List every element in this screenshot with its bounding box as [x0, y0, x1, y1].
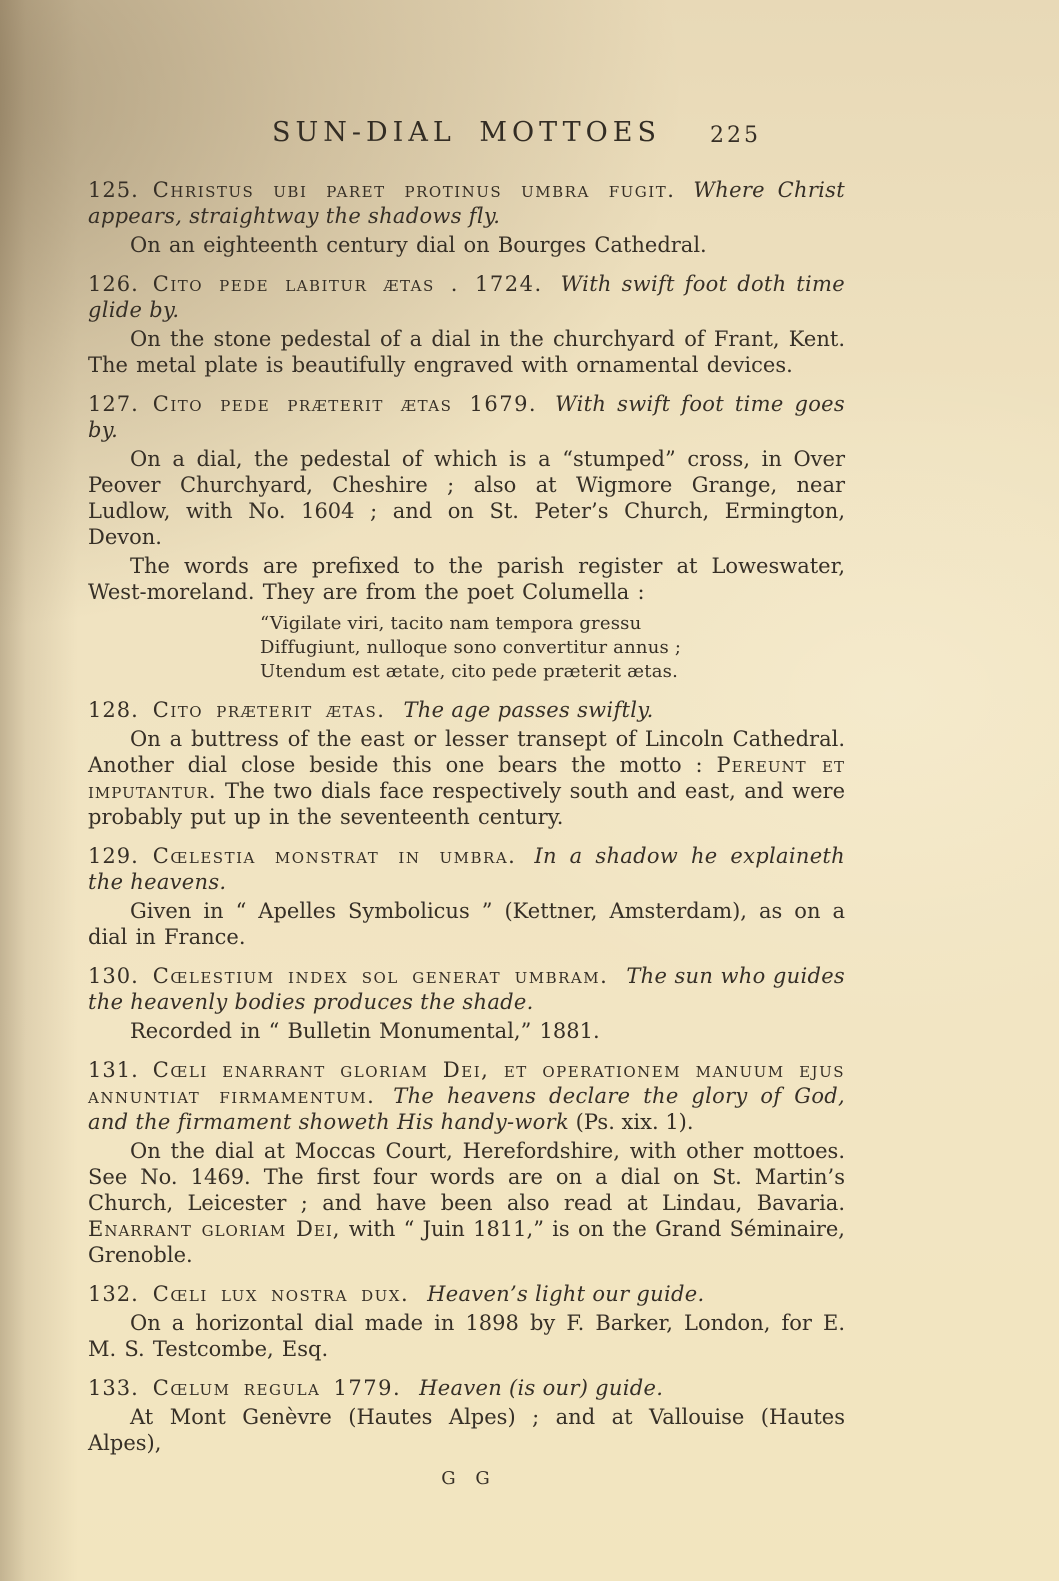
entry-number: 132. [88, 1282, 139, 1306]
entry-number: 130. [88, 964, 139, 988]
entry-motto-latin: Cœlestium index sol generat umbram. [153, 964, 609, 988]
text-segment: On the dial at Moccas Court, Herefordshi… [88, 1139, 845, 1215]
entry-motto-latin: Christus ubi paret protinus umbra fugit. [153, 178, 676, 202]
entry-heading: 128.Cito præterit ætas.The age passes sw… [88, 697, 845, 723]
entry-motto-latin: Cœlestia monstrat in umbra. [153, 844, 517, 868]
text-segment: On the stone pedestal of a dial in the c… [88, 327, 845, 377]
page-number: 225 [710, 121, 761, 151]
motto-entry: 131.Cœli enarrant gloriam Dei, et operat… [88, 1057, 845, 1268]
page-header: SUN-DIAL MOTTOES 225 [88, 118, 845, 151]
motto-entry: 130.Cœlestium index sol generat umbram.T… [88, 963, 845, 1044]
text-segment: On an eighteenth century dial on Bourges… [130, 233, 707, 257]
entry-number: 133. [88, 1376, 139, 1400]
motto-entry: 127.Cito pede præterit ætas 1679.With sw… [88, 391, 845, 684]
page-title: SUN-DIAL MOTTOES [272, 117, 661, 148]
motto-entry: 132.Cœli lux nostra dux.Heaven’s light o… [88, 1281, 845, 1362]
entry-translation: Heaven’s light our guide. [427, 1282, 704, 1306]
entry-motto-latin: Cito præterit ætas. [153, 698, 386, 722]
text-segment: Recorded in “ Bulletin Monumental,” 1881… [130, 1019, 600, 1043]
text-segment: The words are prefixed to the parish reg… [88, 554, 845, 604]
motto-entry: 128.Cito præterit ætas.The age passes sw… [88, 697, 845, 830]
entry-heading: 127.Cito pede præterit ætas 1679.With sw… [88, 391, 845, 443]
text-segment: Given in “ Apelles Symbolicus ” (Kettner… [88, 899, 845, 949]
entry-description: On an eighteenth century dial on Bourges… [88, 232, 845, 258]
entry-motto-latin: Cito pede labitur ætas . 1724. [153, 272, 543, 296]
entry-motto-latin: Cœli lux nostra dux. [153, 1282, 409, 1306]
entry-number: 127. [88, 392, 139, 416]
book-page-scan: SUN-DIAL MOTTOES 225 125.Christus ubi pa… [0, 0, 1059, 1581]
entry-motto-latin: Cito pede præterit ætas 1679. [153, 392, 537, 416]
verse-quote: “Vigilate viri, tacito nam tempora gress… [260, 612, 845, 684]
entry-translation: Heaven (is our) guide. [419, 1376, 663, 1400]
motto-entry: 126.Cito pede labitur ætas . 1724.With s… [88, 271, 845, 378]
entry-number: 129. [88, 844, 139, 868]
motto-entry: 129.Cœlestia monstrat in umbra.In a shad… [88, 843, 845, 950]
text-segment: On a dial, the pedestal of which is a “s… [88, 447, 845, 549]
entry-heading: 133.Cœlum regula 1779.Heaven (is our) gu… [88, 1375, 845, 1401]
entry-heading: 126.Cito pede labitur ætas . 1724.With s… [88, 271, 845, 323]
entry-motto-latin: Cœlum regula 1779. [153, 1376, 401, 1400]
printers-signature-mark: G G [88, 1468, 845, 1489]
entry-heading: 131.Cœli enarrant gloriam Dei, et operat… [88, 1057, 845, 1135]
entry-description: On the dial at Moccas Court, Herefordshi… [88, 1138, 845, 1268]
entry-number: 128. [88, 698, 139, 722]
verse-line: Utendum est ætate, cito pede præterit æt… [260, 660, 845, 684]
motto-entry: 133.Cœlum regula 1779.Heaven (is our) gu… [88, 1375, 845, 1456]
entry-description: Given in “ Apelles Symbolicus ” (Kettner… [88, 898, 845, 950]
verse-line: “Vigilate viri, tacito nam tempora gress… [260, 612, 845, 636]
text-block: SUN-DIAL MOTTOES 225 125.Christus ubi pa… [88, 118, 845, 1489]
entry-description: On a horizontal dial made in 1898 by F. … [88, 1310, 845, 1362]
entry-description: On a dial, the pedestal of which is a “s… [88, 446, 845, 550]
entry-description: At Mont Genèvre (Hautes Alpes) ; and at … [88, 1404, 845, 1456]
entry-description: On a buttress of the east or lesser tran… [88, 726, 845, 830]
entry-description: On the stone pedestal of a dial in the c… [88, 326, 845, 378]
entry-heading: 132.Cœli lux nostra dux.Heaven’s light o… [88, 1281, 845, 1307]
entry-number: 131. [88, 1058, 139, 1082]
motto-entries: 125.Christus ubi paret protinus umbra fu… [88, 177, 845, 1456]
motto-entry: 125.Christus ubi paret protinus umbra fu… [88, 177, 845, 258]
entry-heading: 129.Cœlestia monstrat in umbra.In a shad… [88, 843, 845, 895]
entry-reference: (Ps. xix. 1). [569, 1110, 694, 1134]
text-segment: On a horizontal dial made in 1898 by F. … [88, 1311, 845, 1361]
text-segment: Enarrant gloriam Dei, [88, 1217, 340, 1241]
entry-heading: 125.Christus ubi paret protinus umbra fu… [88, 177, 845, 229]
entry-number: 125. [88, 178, 139, 202]
entry-heading: 130.Cœlestium index sol generat umbram.T… [88, 963, 845, 1015]
entry-translation: The age passes swiftly. [403, 698, 653, 722]
verse-line: Diffugiunt, nulloque sono convertitur an… [260, 636, 845, 660]
entry-number: 126. [88, 272, 139, 296]
text-segment: At Mont Genèvre (Hautes Alpes) ; and at … [88, 1405, 845, 1455]
entry-description: The words are prefixed to the parish reg… [88, 553, 845, 605]
entry-description: Recorded in “ Bulletin Monumental,” 1881… [88, 1018, 845, 1044]
